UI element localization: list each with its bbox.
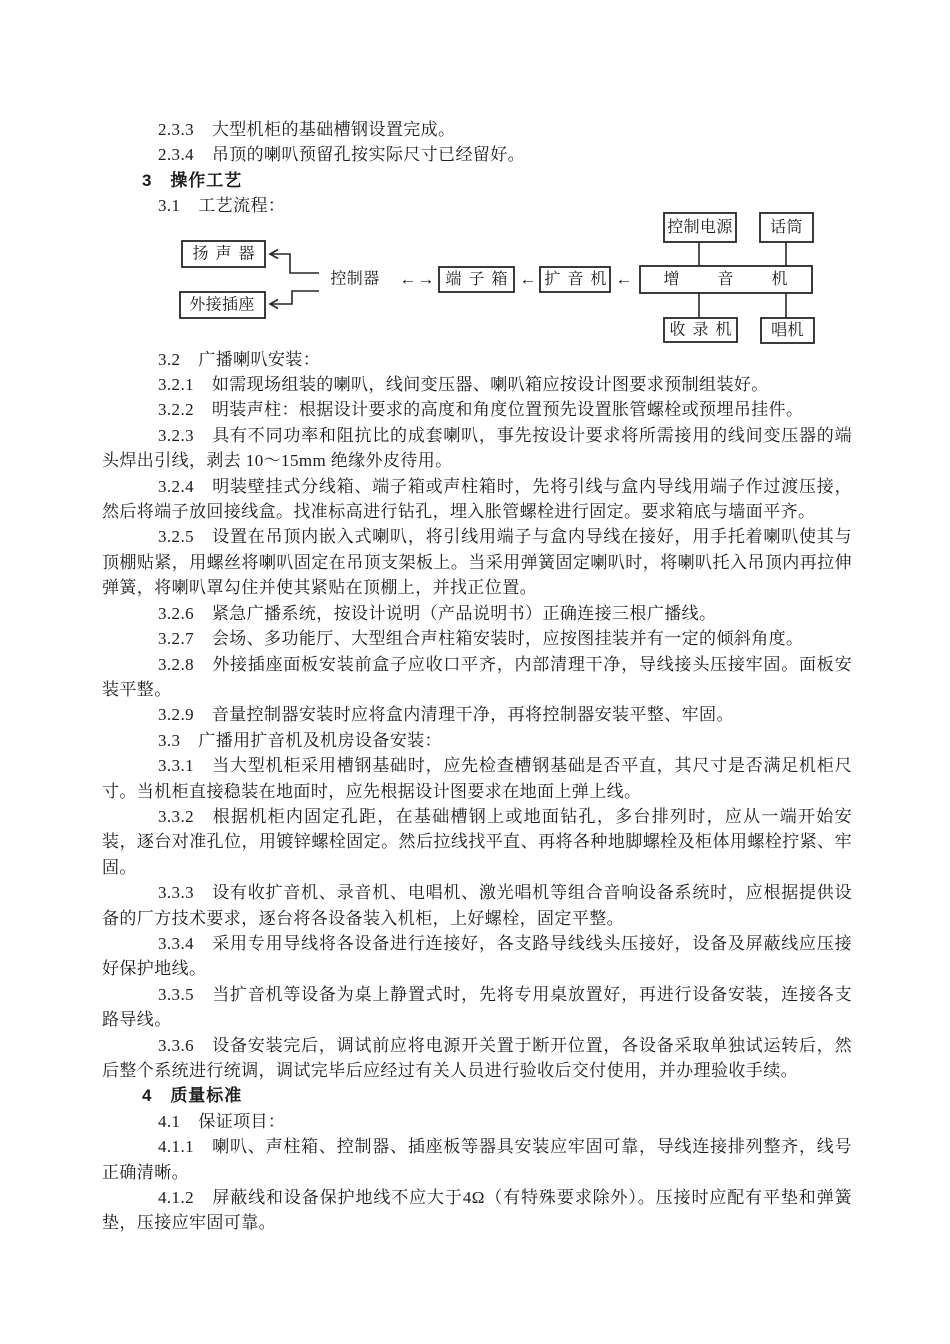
clause-number: 3.2.1	[158, 375, 194, 394]
terminal-box-label: 端子箱	[445, 270, 514, 288]
clause-number: 4.1	[158, 1112, 180, 1131]
clause-number: 3.3.1	[158, 756, 194, 775]
clause-text: 当大型机柜采用槽钢基础时，应先检查槽钢基础是否平直，其尺寸是否满足机柜尺寸。当机…	[102, 756, 852, 800]
clause-number: 3.3.5	[158, 985, 194, 1004]
clause-text: 明装声柱：根据设计要求的高度和角度位置预先设置胀管螺栓或预埋吊挂件。	[212, 400, 804, 419]
clause-text: 紧急广播系统，按设计说明（产品说明书）正确连接三根广播线。	[212, 604, 717, 623]
paragraph: 2.3.3大型机柜的基础槽钢设置完成。	[102, 117, 852, 142]
right-arrow-icon: →	[418, 269, 435, 288]
clause-text: 外接插座面板安装前盒子应收口平齐，内部清理干净，导线接头压接牢固。面板安装平整。	[102, 655, 852, 699]
clause-text: 如需现场组装的喇叭，线间变压器、喇叭箱应按设计图要求预制组装好。	[212, 375, 769, 394]
clause-number: 4	[142, 1086, 152, 1105]
connector-controller-socket	[270, 291, 319, 304]
paragraph: 3.3.2根据机柜内固定孔距，在基础槽钢上或地面钻孔，多台排列时，应从一端开始安…	[102, 804, 852, 880]
clause-text: 音量控制器安装时应将盒内清理干净，再将控制器安装平整、牢固。	[212, 705, 734, 724]
clause-text: 质量标准	[170, 1086, 242, 1105]
clause-number: 3.1	[158, 196, 180, 215]
left-arrow-icon: ←	[520, 269, 537, 288]
clause-text: 操作工艺	[170, 171, 242, 190]
document-page: 2.3.3大型机柜的基础槽钢设置完成。 2.3.4吊顶的喇叭预留孔按实际尺寸已经…	[0, 0, 950, 1344]
clause-number: 3.3	[158, 731, 180, 750]
clause-text: 广播喇叭安装：	[198, 350, 320, 369]
clause-text: 保证项目：	[198, 1112, 285, 1131]
paragraph: 3.2.3具有不同功率和阻抗比的成套喇叭，事先按设计要求将所需接用的线间变压器的…	[102, 423, 852, 474]
clause-text: 会场、多功能厅、大型组合声柱箱安装时，应按图挂装并有一定的倾斜角度。	[212, 629, 804, 648]
paragraph: 3.2.5设置在吊顶内嵌入式喇叭，将引线用端子与盒内导线在接好，用手托着喇叭使其…	[102, 524, 852, 600]
paragraph: 3.2.9音量控制器安装时应将盒内清理干净，再将控制器安装平整、牢固。	[102, 702, 852, 727]
paragraph: 3.2.6紧急广播系统，按设计说明（产品说明书）正确连接三根广播线。	[102, 601, 852, 626]
clause-text: 当扩音机等设备为桌上静置式时，先将专用桌放置好，再进行设备安装，连接各支路导线。	[102, 985, 852, 1029]
clause-number: 2.3.3	[158, 120, 194, 139]
paragraph: 4.1.2屏蔽线和设备保护地线不应大于4Ω（有特殊要求除外）。压接时应配有平垫和…	[102, 1185, 852, 1236]
clause-number: 4.1.1	[158, 1137, 194, 1156]
clause-number: 3.2.7	[158, 629, 194, 648]
clause-number: 3.3.3	[158, 883, 194, 902]
clause-number: 3.2.4	[158, 477, 194, 496]
clause-number: 3.2	[158, 350, 180, 369]
paragraph: 3.3.6设备安装完后，调试前应将电源开关置于断开位置，各设备采取单独试运转后，…	[102, 1033, 852, 1084]
clause-number: 3.3.2	[158, 807, 194, 826]
record-player-label: 唱机	[771, 321, 804, 339]
clause-number: 3.2.3	[158, 426, 194, 445]
paragraph: 4.1.1喇叭、声柱箱、控制器、插座板等器具安装应牢固可靠，导线连接排列整齐，线…	[102, 1134, 852, 1185]
left-arrow-icon: ←	[400, 269, 417, 288]
paragraph: 4质量标准	[102, 1083, 852, 1108]
clause-text: 屏蔽线和设备保护地线不应大于4Ω（有特殊要求除外）。压接时应配有平垫和弹簧垫，压…	[102, 1188, 852, 1232]
clause-number: 3.2.9	[158, 705, 194, 724]
clause-text: 设备安装完后，调试前应将电源开关置于断开位置，各设备采取单独试运转后，然后整个系…	[102, 1036, 852, 1080]
clause-text: 明装壁挂式分线箱、端子箱或声柱箱时，先将引线与盒内导线用端子作过渡压接，然后将端…	[102, 477, 852, 521]
microphone-label: 话筒	[770, 218, 803, 236]
clause-text: 吊顶的喇叭预留孔按实际尺寸已经留好。	[212, 145, 525, 164]
control-power-label: 控制电源	[667, 218, 733, 236]
paragraph: 3.2.2明装声柱：根据设计要求的高度和角度位置预先设置胀管螺栓或预埋吊挂件。	[102, 397, 852, 422]
paragraph: 3.3.1当大型机柜采用槽钢基础时，应先检查槽钢基础是否平直，其尺寸是否满足机柜…	[102, 753, 852, 804]
paragraph: 3.2.8外接插座面板安装前盒子应收口平齐，内部清理干净，导线接头压接牢固。面板…	[102, 652, 852, 703]
radio-recorder-label: 收录机	[669, 320, 738, 338]
paragraph: 4.1保证项目：	[102, 1109, 852, 1134]
controller-label: 控制器	[330, 269, 379, 287]
external-socket-label: 外接插座	[189, 294, 255, 313]
paragraph: 3.2.1如需现场组装的喇叭，线间变压器、喇叭箱应按设计图要求预制组装好。	[102, 372, 852, 397]
paragraph: 3.3广播用扩音机及机房设备安装：	[102, 728, 852, 753]
paragraph: 2.3.4吊顶的喇叭预留孔按实际尺寸已经留好。	[102, 142, 852, 167]
speaker-label: 扬声器	[192, 243, 261, 262]
clause-text: 设有收扩音机、录音机、电唱机、激光唱机等组合音响设备系统时，应根据提供设备的厂方…	[102, 883, 852, 927]
clause-text: 广播用扩音机及机房设备安装：	[198, 731, 442, 750]
paragraph: 3.2广播喇叭安装：	[102, 347, 852, 372]
clause-number: 3.2.8	[158, 655, 194, 674]
booster-label: 增 音 机	[663, 270, 804, 288]
connector-controller-speaker	[270, 254, 319, 273]
paragraph: 3.3.4采用专用导线将各设备进行连接好，各支路导线线头压接好，设备及屏蔽线应压…	[102, 931, 852, 982]
clause-number: 3.3.6	[158, 1036, 194, 1055]
amplifier-label: 扩音机	[544, 270, 613, 288]
clause-number: 2.3.4	[158, 145, 194, 164]
clause-text: 采用专用导线将各设备进行连接好，各支路导线线头压接好，设备及屏蔽线应压接好保护地…	[102, 934, 852, 978]
paragraph: 3.3.3设有收扩音机、录音机、电唱机、激光唱机等组合音响设备系统时，应根据提供…	[102, 880, 852, 931]
clause-text: 喇叭、声柱箱、控制器、插座板等器具安装应牢固可靠，导线连接排列整齐，线号正确清晰…	[102, 1137, 852, 1181]
clause-text: 根据机柜内固定孔距，在基础槽钢上或地面钻孔，多台排列时，应从一端开始安装，逐台对…	[102, 807, 852, 877]
clause-text: 具有不同功率和阻抗比的成套喇叭，事先按设计要求将所需接用的线间变压器的端头焊出引…	[102, 426, 852, 470]
clause-text: 设置在吊顶内嵌入式喇叭，将引线用端子与盒内导线在接好，用手托着喇叭使其与顶棚贴紧…	[102, 527, 852, 597]
clause-number: 4.1.2	[158, 1188, 194, 1207]
paragraph: 3.3.5当扩音机等设备为桌上静置式时，先将专用桌放置好，再进行设备安装，连接各…	[102, 982, 852, 1033]
process-flow-diagram: 扬声器 外接插座 控制器 ← → 端子箱 ← 扩音机 ← 增 音 机 控制电源 …	[102, 207, 852, 347]
left-arrow-icon: ←	[616, 269, 633, 288]
section-top: 2.3.3大型机柜的基础槽钢设置完成。 2.3.4吊顶的喇叭预留孔按实际尺寸已经…	[102, 117, 852, 219]
section-bottom: 3.2广播喇叭安装： 3.2.1如需现场组装的喇叭，线间变压器、喇叭箱应按设计图…	[102, 347, 852, 1236]
clause-number: 3.3.4	[158, 934, 194, 953]
paragraph: 3.2.4明装壁挂式分线箱、端子箱或声柱箱时，先将引线与盒内导线用端子作过渡压接…	[102, 474, 852, 525]
paragraph: 3.2.7会场、多功能厅、大型组合声柱箱安装时，应按图挂装并有一定的倾斜角度。	[102, 626, 852, 651]
clause-number: 3.2.6	[158, 604, 194, 623]
clause-number: 3	[142, 171, 152, 190]
clause-number: 3.2.5	[158, 527, 194, 546]
clause-text: 大型机柜的基础槽钢设置完成。	[212, 120, 456, 139]
clause-number: 3.2.2	[158, 400, 194, 419]
paragraph: 3操作工艺	[102, 168, 852, 193]
clause-text: 工艺流程：	[198, 196, 285, 215]
